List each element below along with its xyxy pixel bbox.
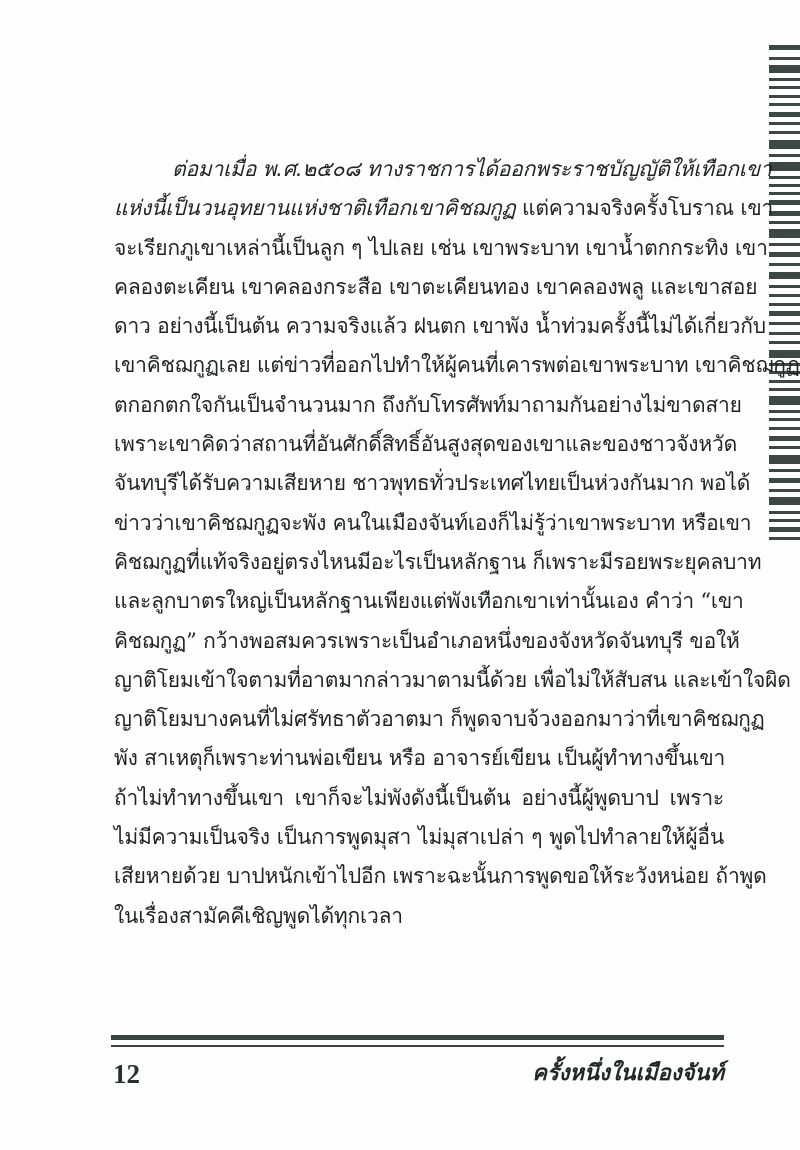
edge-bar	[769, 154, 800, 157]
edge-bar	[769, 446, 800, 449]
running-title: ครั้งหนึ่งในเมืองจันท์	[532, 1058, 724, 1090]
plain-text: พัง สาเหตุก็เพราะท่านพ่อเขียน หรือ อาจาร…	[114, 746, 725, 770]
plain-text: ดาว อย่างนี้เป็นต้น ความจริงแล้ว ฝนตก เข…	[114, 314, 766, 338]
plain-text: ไม่มีความเป็นจริง เป็นการพูดมุสา ไม่มุสา…	[114, 825, 724, 849]
edge-bar	[769, 478, 800, 483]
edge-bar	[769, 294, 800, 297]
italic-text: ต่อมาเมื่อ พ.ศ.๒๕๐๘ ทางราชการได้ออกพระรา…	[172, 157, 772, 181]
edge-barcode-marks	[769, 45, 800, 550]
plain-text: ตกอกตกใจกันเป็นจำนวนมาก ถึงกับโทรศัพท์มา…	[114, 393, 742, 417]
edge-bar	[769, 86, 800, 89]
text-line: และลูกบาตรใหญ่เป็นหลักฐานเพียงแต่พังเทือ…	[114, 582, 724, 621]
edge-bar	[769, 78, 800, 81]
text-line: แห่งนี้เป็นวนอุทยานแห่งชาติเทือกเขาคิชฌก…	[114, 189, 724, 228]
edge-bar	[769, 112, 800, 117]
edge-bar	[769, 303, 800, 306]
edge-bar	[769, 263, 800, 266]
text-line: พัง สาเหตุก็เพราะท่านพ่อเขียน หรือ อาจาร…	[114, 739, 724, 778]
edge-bar	[769, 341, 800, 344]
edge-bar	[769, 57, 800, 60]
edge-bar	[769, 122, 800, 125]
edge-bar	[769, 140, 800, 149]
text-line: ถ้าไม่ทำทางขึ้นเขา เขาก็จะไม่พังดังนี้เป…	[114, 779, 724, 818]
plain-text: เพราะเขาคิดว่าสถานที่อันศักดิ์สิทธิ์อันส…	[114, 432, 737, 456]
edge-bar	[769, 388, 800, 391]
body-paragraph: ต่อมาเมื่อ พ.ศ.๒๕๐๘ ทางราชการได้ออกพระรา…	[114, 150, 724, 936]
plain-text: คิชฌกูฏ” กว้างพอสมควรเพราะเป็นอำเภอหนึ่ง…	[114, 629, 740, 653]
edge-bar	[769, 396, 800, 405]
edge-bar	[769, 332, 800, 335]
text-line: ญาติโยมบางคนที่ไม่ศรัทธาตัวอาตมา ก็พูดจา…	[114, 700, 724, 739]
italic-text: แห่งนี้เป็นวนอุทยานแห่งชาติเทือกเขาคิชฌก…	[114, 196, 516, 220]
document-page: ต่อมาเมื่อ พ.ศ.๒๕๐๘ ทางราชการได้ออกพระรา…	[0, 0, 800, 1150]
plain-text: และลูกบาตรใหญ่เป็นหลักฐานเพียงแต่พังเทือ…	[114, 589, 744, 613]
plain-text: คิชฌกูฏที่แท้จริงอยู่ตรงไหนมีอะไรเป็นหลั…	[114, 550, 761, 574]
edge-bar	[769, 418, 800, 421]
edge-bar	[769, 211, 800, 216]
text-line: คิชฌกูฏที่แท้จริงอยู่ตรงไหนมีอะไรเป็นหลั…	[114, 543, 724, 582]
edge-bar	[769, 45, 800, 50]
edge-bar	[769, 192, 800, 195]
edge-bar	[769, 410, 800, 413]
text-line: เสียหายด้วย บาปหนักเข้าไปอีก เพราะฉะนั้น…	[114, 857, 724, 896]
edge-bar	[769, 162, 800, 171]
text-line: คลองตะเคียน เขาคลองกระสือ เขาตะเคียนทอง …	[114, 268, 724, 307]
edge-bar	[769, 176, 800, 179]
plain-text: ญาติโยมเข้าใจตามที่อาตมากล่าวมาตามนี้ด้ว…	[114, 668, 791, 692]
edge-bar	[769, 527, 800, 532]
edge-bar	[769, 65, 800, 73]
edge-bar	[769, 436, 800, 441]
plain-text: ถ้าไม่ทำทางขึ้นเขา เขาก็จะไม่พังดังนี้เป…	[114, 786, 724, 810]
edge-bar	[769, 311, 800, 316]
edge-bar	[769, 103, 800, 106]
text-line: จะเรียกภูเขาเหล่านี้เป็นลูก ๆ ไปเลย เช่น…	[114, 229, 724, 268]
footer-rule-thick	[111, 1035, 724, 1040]
edge-bar	[769, 455, 800, 464]
edge-bar	[769, 95, 800, 98]
text-line: ข่าวว่าเขาคิชฌกูฏจะพัง คนในเมืองจันท์เอง…	[114, 504, 724, 543]
text-line: เพราะเขาคิดว่าสถานที่อันศักดิ์สิทธิ์อันส…	[114, 425, 724, 464]
edge-bar	[769, 252, 800, 257]
edge-bar	[769, 229, 800, 238]
text-line: ตกอกตกใจกันเป็นจำนวนมาก ถึงกับโทรศัพท์มา…	[114, 386, 724, 425]
text-line: ญาติโยมเข้าใจตามที่อาตมากล่าวมาตามนี้ด้ว…	[114, 661, 724, 700]
edge-bar	[769, 184, 800, 187]
edge-bar	[769, 489, 800, 492]
plain-text: แต่ความจริงครั้งโบราณ เขา	[516, 196, 774, 220]
plain-text: เสียหายด้วย บาปหนักเข้าไปอีก เพราะฉะนั้น…	[114, 864, 767, 888]
edge-bar	[769, 243, 800, 246]
text-line: จันทบุรีได้รับความเสียหาย ชาวพุทธทั่วประ…	[114, 464, 724, 503]
plain-text: ในเรื่องสามัคคีเชิญพูดได้ทุกเวลา	[114, 904, 403, 928]
edge-bar	[769, 519, 800, 522]
text-line: คิชฌกูฏ” กว้างพอสมควรเพราะเป็นอำเภอหนึ่ง…	[114, 622, 724, 661]
edge-bar	[769, 511, 800, 514]
edge-bar	[769, 272, 800, 279]
text-line: ต่อมาเมื่อ พ.ศ.๒๕๐๘ ทางราชการได้ออกพระรา…	[114, 150, 724, 189]
edge-bar	[769, 221, 800, 224]
edge-bar	[769, 131, 800, 134]
edge-bar	[769, 322, 800, 325]
plain-text: เขาคิชฌกูฏเลย แต่ข่าวที่ออกไปทำให้ผู้คนท…	[114, 353, 800, 377]
edge-bar	[769, 200, 800, 205]
edge-bar	[769, 497, 800, 505]
edge-bar	[769, 469, 800, 472]
plain-text: ข่าวว่าเขาคิชฌกูฏจะพัง คนในเมืองจันท์เอง…	[114, 511, 751, 535]
page-number: 12	[113, 1058, 140, 1090]
edge-bar	[769, 427, 800, 430]
text-line: เขาคิชฌกูฏเลย แต่ข่าวที่ออกไปทำให้ผู้คนท…	[114, 346, 724, 385]
plain-text: ญาติโยมบางคนที่ไม่ศรัทธาตัวอาตมา ก็พูดจา…	[114, 707, 765, 731]
text-line: ในเรื่องสามัคคีเชิญพูดได้ทุกเวลา	[114, 897, 724, 936]
plain-text: จันทบุรีได้รับความเสียหาย ชาวพุทธทั่วประ…	[114, 471, 750, 495]
text-line: ดาว อย่างนี้เป็นต้น ความจริงแล้ว ฝนตก เข…	[114, 307, 724, 346]
plain-text: จะเรียกภูเขาเหล่านี้เป็นลูก ๆ ไปเลย เช่น…	[114, 236, 768, 260]
text-line: ไม่มีความเป็นจริง เป็นการพูดมุสา ไม่มุสา…	[114, 818, 724, 857]
edge-bar	[769, 380, 800, 383]
edge-bar	[769, 285, 800, 288]
edge-bar	[769, 537, 800, 540]
plain-text: คลองตะเคียน เขาคลองกระสือ เขาตะเคียนทอง …	[114, 275, 757, 299]
footer-rule-thin	[111, 1045, 724, 1047]
